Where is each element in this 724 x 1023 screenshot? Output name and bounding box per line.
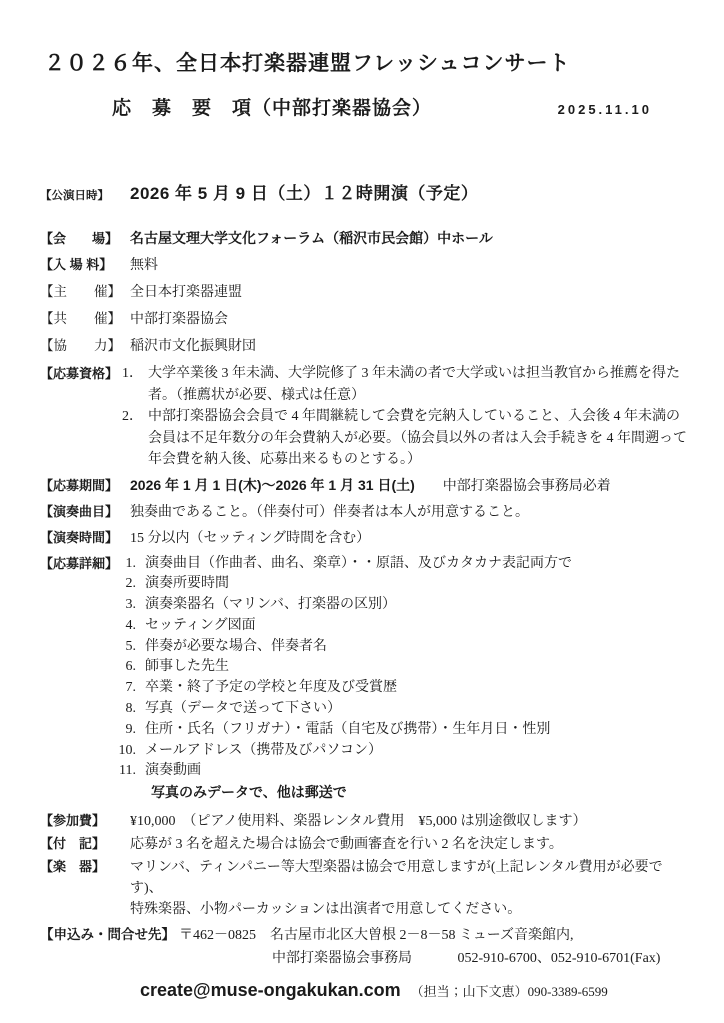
contact-email-note: （担当；山下文恵）090-3389-6599 bbox=[411, 981, 608, 1000]
field-cooperation: 【協 力】 稲沢市文化振興財団 bbox=[40, 336, 684, 357]
eligibility-item-2-continuation-2: 年会費を納入後、応募出来るものとする。） bbox=[130, 449, 687, 471]
instruments-label: 【楽 器】 bbox=[40, 856, 130, 877]
application-details-label: 【応募詳細】 bbox=[40, 554, 118, 804]
application-period-label: 【応募期間】 bbox=[40, 476, 130, 496]
contact-address: 〒462－0825 名古屋市北区大曽根 2－8－58 ミューズ音楽館内, bbox=[179, 925, 574, 946]
repertoire-label: 【演奏曲目】 bbox=[40, 502, 130, 522]
detail-item-1-text: 演奏曲目（作曲者、曲名、楽章）・・原語、及びカタカナ表記両方で bbox=[145, 556, 572, 571]
application-period-note: 中部打楽器協会事務局必着 bbox=[443, 477, 611, 497]
detail-item-8-text: 写真（データで送って下さい） bbox=[145, 701, 341, 716]
field-contact: 【申込み・問合せ先】 〒462－0825 名古屋市北区大曽根 2－8－58 ミュ… bbox=[40, 924, 684, 946]
instruments-body: マリンバ、ティンパニー等大型楽器は協会で用意しますが(上記レンタル費用が必要です… bbox=[130, 857, 684, 920]
subtitle-row: 応 募 要 項（中部打楽器協会） 2025.11.10 bbox=[40, 98, 684, 120]
field-co-organizer: 【共 催】 中部打楽器協会 bbox=[40, 309, 684, 330]
detail-item-11-number: 11. bbox=[118, 761, 136, 782]
venue-label: 【会 場】 bbox=[40, 229, 130, 249]
eligibility-item-2-number: 2． bbox=[122, 406, 148, 428]
detail-item-7: 7.卒業・終了予定の学校と年度及び受賞歴 bbox=[118, 678, 684, 699]
fee-label: 【参加費】 bbox=[40, 810, 130, 831]
detail-item-1-number: 1. bbox=[118, 554, 136, 575]
field-admission: 【入 場 料】 無料 bbox=[40, 255, 684, 276]
appendix-value: 応募が 3 名を超えた場合は協会で動画審査を行い 2 名を決定します。 bbox=[130, 834, 563, 855]
eligibility-item-2: 2．中部打楽器協会会員で 4 年間継続して会費を完納入していること、入会後 4 … bbox=[130, 406, 687, 428]
eligibility-label: 【応募資格】 bbox=[40, 363, 130, 471]
venue-value: 名古屋文理大学文化フォーラム（稲沢市民会館）中ホール bbox=[130, 228, 493, 248]
cooperation-value: 稲沢市文化振興財団 bbox=[130, 337, 256, 357]
field-duration: 【演奏時間】 15 分以内（セッティング時間を含む） bbox=[40, 528, 684, 549]
field-eligibility: 【応募資格】 1．大学卒業後 3 年未満、大学院修了 3 年未満の者で大学或いは… bbox=[40, 363, 684, 471]
organizer-value: 全日本打楽器連盟 bbox=[130, 283, 242, 303]
detail-item-11-text: 演奏動画 bbox=[145, 763, 201, 778]
eligibility-item-2-continuation-1: 会員は不足年数分の年会費納入が必要。（協会員以外の者は入会手続きを 4 年間遡っ… bbox=[130, 428, 687, 450]
detail-item-4-number: 4. bbox=[118, 616, 136, 637]
document-title: ２０２６年、全日本打楽器連盟フレッシュコンサート bbox=[44, 52, 684, 76]
cooperation-label: 【協 力】 bbox=[40, 336, 130, 356]
contact-office: 中部打楽器協会事務局 bbox=[272, 951, 412, 966]
contact-office-line: 中部打楽器協会事務局 052-910-6700、052-910-6701(Fax… bbox=[272, 948, 684, 969]
contact-email-line: create@muse-ongakukan.com （担当；山下文恵）090-3… bbox=[140, 980, 684, 1001]
detail-item-7-number: 7. bbox=[118, 678, 136, 699]
detail-item-5-text: 伴奏が必要な場合、伴奏者名 bbox=[145, 639, 327, 654]
detail-item-3-text: 演奏楽器名（マリンバ、打楽器の区別） bbox=[145, 597, 396, 612]
detail-item-10: 10.メールアドレス（携帯及びパソコン） bbox=[118, 741, 684, 762]
field-organizer: 【主 催】 全日本打楽器連盟 bbox=[40, 282, 684, 303]
detail-item-2: 2.演奏所要時間 bbox=[118, 574, 684, 595]
admission-label: 【入 場 料】 bbox=[40, 255, 130, 275]
eligibility-body: 1．大学卒業後 3 年未満、大学院修了 3 年未満の者で大学或いは担当教官から推… bbox=[130, 363, 687, 471]
detail-item-6: 6.師事した先生 bbox=[118, 657, 684, 678]
duration-label: 【演奏時間】 bbox=[40, 528, 130, 548]
detail-item-11: 11.演奏動画 bbox=[118, 761, 684, 782]
eligibility-item-1-continuation: 者。（推薦状が必要、様式は任意） bbox=[130, 385, 687, 407]
general-info-group: 【会 場】 名古屋文理大学文化フォーラム（稲沢市民会館）中ホール 【入 場 料】… bbox=[40, 228, 684, 357]
instruments-line-1: マリンバ、ティンパニー等大型楽器は協会で用意しますが(上記レンタル費用が必要です… bbox=[130, 857, 684, 899]
field-application-period: 【応募期間】 2026 年 1 月 1 日(木)～2026 年 1 月 31 日… bbox=[40, 475, 684, 497]
admission-value: 無料 bbox=[130, 256, 158, 276]
detail-item-2-number: 2. bbox=[118, 574, 136, 595]
detail-item-8: 8.写真（データで送って下さい） bbox=[118, 699, 684, 720]
document-subtitle: 応 募 要 項（中部打楽器協会） bbox=[112, 98, 432, 120]
eligibility-item-1-text: 大学卒業後 3 年未満、大学院修了 3 年未満の者で大学或いは担当教官から推薦を… bbox=[148, 366, 680, 381]
fees-and-notes-group: 【参加費】 ¥10,000 （ピアノ使用料、楽器レンタル費用 ¥5,000 は別… bbox=[40, 810, 684, 920]
field-venue: 【会 場】 名古屋文理大学文化フォーラム（稲沢市民会館）中ホール bbox=[40, 228, 684, 249]
contact-phones: 052-910-6700、052-910-6701(Fax) bbox=[458, 951, 661, 966]
detail-item-10-number: 10. bbox=[118, 741, 136, 762]
detail-item-9-number: 9. bbox=[118, 720, 136, 741]
field-repertoire: 【演奏曲目】 独奏曲であること。（伴奏付可）伴奏者は本人が用意すること。 bbox=[40, 502, 684, 523]
detail-item-5-number: 5. bbox=[118, 637, 136, 658]
fee-value: ¥10,000 （ピアノ使用料、楽器レンタル費用 ¥5,000 は別途徴収します… bbox=[130, 811, 586, 832]
field-application-details: 【応募詳細】 1.演奏曲目（作曲者、曲名、楽章）・・原語、及びカタカナ表記両方で… bbox=[40, 554, 684, 804]
performance-datetime-value: 2026 年 5 月 9 日（土）１２時開演（予定） bbox=[130, 184, 478, 204]
detail-item-3-number: 3. bbox=[118, 595, 136, 616]
detail-item-6-number: 6. bbox=[118, 657, 136, 678]
co-organizer-label: 【共 催】 bbox=[40, 309, 130, 329]
duration-value: 15 分以内（セッティング時間を含む） bbox=[130, 529, 370, 549]
instruments-line-2: 特殊楽器、小物パーカッションは出演者で用意してください。 bbox=[130, 899, 684, 920]
detail-item-4: 4.セッティング図面 bbox=[118, 616, 684, 637]
contact-label: 【申込み・問合せ先】 bbox=[40, 924, 175, 945]
detail-item-5: 5.伴奏が必要な場合、伴奏者名 bbox=[118, 637, 684, 658]
application-details-list: 1.演奏曲目（作曲者、曲名、楽章）・・原語、及びカタカナ表記両方で 2.演奏所要… bbox=[118, 554, 684, 804]
detail-item-9: 9.住所・氏名（フリガナ）・電話（自宅及び携帯）・生年月日・性別 bbox=[118, 720, 684, 741]
field-performance-datetime: 【公演日時】 2026 年 5 月 9 日（土）１２時開演（予定） bbox=[40, 184, 684, 206]
detail-item-6-text: 師事した先生 bbox=[145, 659, 229, 674]
detail-item-7-text: 卒業・終了予定の学校と年度及び受賞歴 bbox=[145, 680, 397, 695]
detail-item-10-text: メールアドレス（携帯及びパソコン） bbox=[145, 743, 382, 758]
eligibility-item-1-number: 1． bbox=[122, 363, 148, 385]
application-guidelines-document: ２０２６年、全日本打楽器連盟フレッシュコンサート 応 募 要 項（中部打楽器協会… bbox=[0, 0, 724, 1023]
field-appendix: 【付 記】 応募が 3 名を超えた場合は協会で動画審査を行い 2 名を決定します… bbox=[40, 833, 684, 855]
performance-datetime-label: 【公演日時】 bbox=[40, 186, 130, 206]
revision-date: 2025.11.10 bbox=[558, 102, 652, 117]
application-terms-group: 【応募期間】 2026 年 1 月 1 日(木)～2026 年 1 月 31 日… bbox=[40, 475, 684, 549]
detail-item-3: 3.演奏楽器名（マリンバ、打楽器の区別） bbox=[118, 595, 684, 616]
field-fee: 【参加費】 ¥10,000 （ピアノ使用料、楽器レンタル費用 ¥5,000 は別… bbox=[40, 810, 684, 832]
eligibility-item-2-text: 中部打楽器協会会員で 4 年間継続して会費を完納入していること、入会後 4 年未… bbox=[148, 409, 680, 424]
repertoire-value: 独奏曲であること。（伴奏付可）伴奏者は本人が用意すること。 bbox=[130, 503, 529, 523]
detail-item-4-text: セッティング図面 bbox=[145, 618, 256, 633]
detail-item-8-number: 8. bbox=[118, 699, 136, 720]
contact-email: create@muse-ongakukan.com bbox=[140, 980, 401, 1001]
details-submission-note: 写真のみデータで、他は郵送で bbox=[151, 782, 684, 803]
application-period-dates: 2026 年 1 月 1 日(木)～2026 年 1 月 31 日(土) bbox=[130, 475, 415, 495]
detail-item-1: 1.演奏曲目（作曲者、曲名、楽章）・・原語、及びカタカナ表記両方で bbox=[118, 554, 684, 575]
detail-item-2-text: 演奏所要時間 bbox=[145, 576, 229, 591]
co-organizer-value: 中部打楽器協会 bbox=[130, 310, 228, 330]
eligibility-item-1: 1．大学卒業後 3 年未満、大学院修了 3 年未満の者で大学或いは担当教官から推… bbox=[130, 363, 687, 385]
appendix-label: 【付 記】 bbox=[40, 833, 130, 854]
detail-item-9-text: 住所・氏名（フリガナ）・電話（自宅及び携帯）・生年月日・性別 bbox=[145, 722, 550, 737]
organizer-label: 【主 催】 bbox=[40, 282, 130, 302]
field-instruments: 【楽 器】 マリンバ、ティンパニー等大型楽器は協会で用意しますが(上記レンタル費… bbox=[40, 856, 684, 920]
